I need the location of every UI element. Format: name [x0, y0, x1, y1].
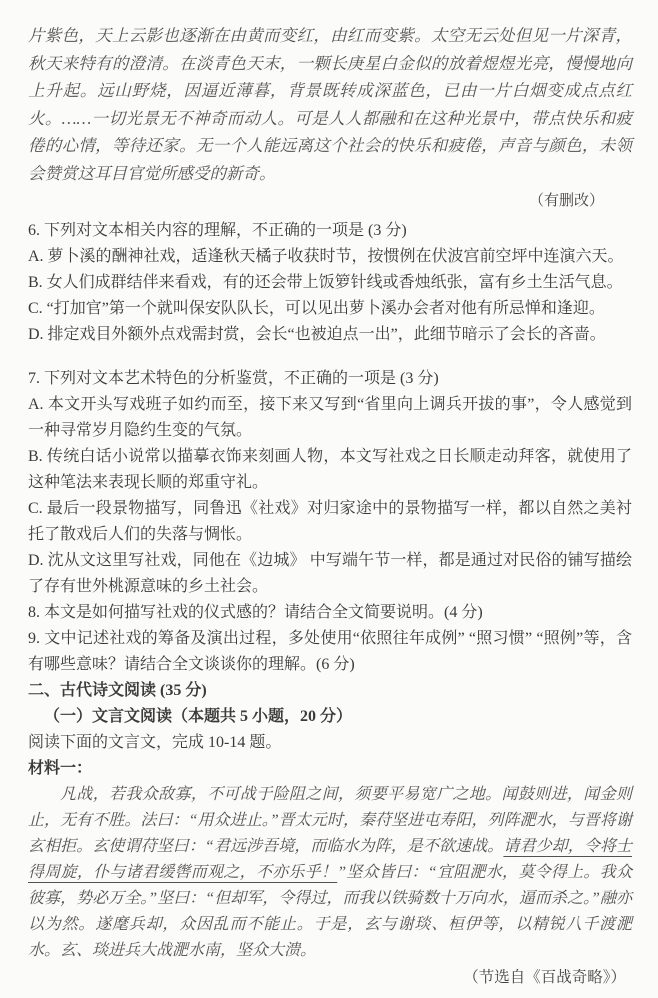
spacer [28, 348, 632, 366]
question-6-stem: 6. 下列对文本相关内容的理解，不正确的一项是 (3 分) [28, 218, 632, 244]
passage-source-attribution: （节选自《百战奇略》） [28, 964, 632, 991]
question-9-stem: 9. 文中记述社戏的筹备及演出过程，多处使用“依照往年成例” “照习惯” “照例… [28, 626, 632, 678]
exam-page: 片紫色，天上云影也逐渐在由黄而变红，由红而变紫。太空无云处但见一片深青，秋天来特… [0, 0, 658, 998]
section-ancient-poetry-prose: 二、古代诗文阅读 (35 分) （一）文言文阅读（本题共 5 小题，20 分） … [28, 678, 632, 991]
question-6-option-b: B. 女人们成群结伴来看戏，有的还会带上饭箩针线或香烛纸张，富有乡土生活气息。 [28, 270, 632, 296]
classical-passage: 凡战，若我众敌寡，不可战于险阻之间，须要平易宽广之地。闻鼓则进，闻金则止，无有不… [28, 782, 632, 964]
revision-note: （有删改） [28, 189, 632, 214]
question-6-option-a: A. 萝卜溪的酬神社戏，适逢秋天橘子收获时节，按惯例在伏波宫前空坪中连演六天。 [28, 244, 632, 270]
question-7-option-b: B. 传统白话小说常以描摹衣饰来刻画人物，本文写社戏之日长顺走动拜客，就使用了这… [28, 444, 632, 496]
question-6: 6. 下列对文本相关内容的理解，不正确的一项是 (3 分) A. 萝卜溪的酬神社… [28, 218, 632, 348]
section-2-title: 二、古代诗文阅读 (35 分) [28, 678, 632, 704]
question-7-option-c: C. 最后一段景物描写，同鲁迅《社戏》对归家途中的景物描写一样，都以自然之美衬托… [28, 496, 632, 548]
material-one-label: 材料一： [28, 756, 632, 782]
reading-passage-ending: 片紫色，天上云影也逐渐在由黄而变红，由红而变紫。太空无云处但见一片深青，秋天来特… [28, 22, 632, 187]
question-7: 7. 下列对文本艺术特色的分析鉴赏，不正确的一项是 (3 分) A. 本文开头写… [28, 366, 632, 600]
question-7-option-a: A. 本文开头写戏班子如约而至，接下来又写到“省里向上调兵开拔的事”，令人感觉到… [28, 392, 632, 444]
classical-reading-subtitle: （一）文言文阅读（本题共 5 小题，20 分） [28, 704, 632, 730]
classical-reading-intro: 阅读下面的文言文，完成 10-14 题。 [28, 730, 632, 756]
question-7-stem: 7. 下列对文本艺术特色的分析鉴赏，不正确的一项是 (3 分) [28, 366, 632, 392]
question-7-option-d: D. 沈从文这里写社戏，同他在《边城》 中写端午节一样，都是通过对民俗的铺写描绘… [28, 548, 632, 600]
question-8-stem: 8. 本文是如何描写社戏的仪式感的？请结合全文简要说明。(4 分) [28, 600, 632, 626]
question-6-option-c: C. “打加官”第一个就叫保安队队长，可以见出萝卜溪办会者对他有所忌惮和逢迎。 [28, 296, 632, 322]
question-6-option-d: D. 排定戏目外额外点戏需封赏，会长“也被迫点一出”，此细节暗示了会长的吝啬。 [28, 322, 632, 348]
